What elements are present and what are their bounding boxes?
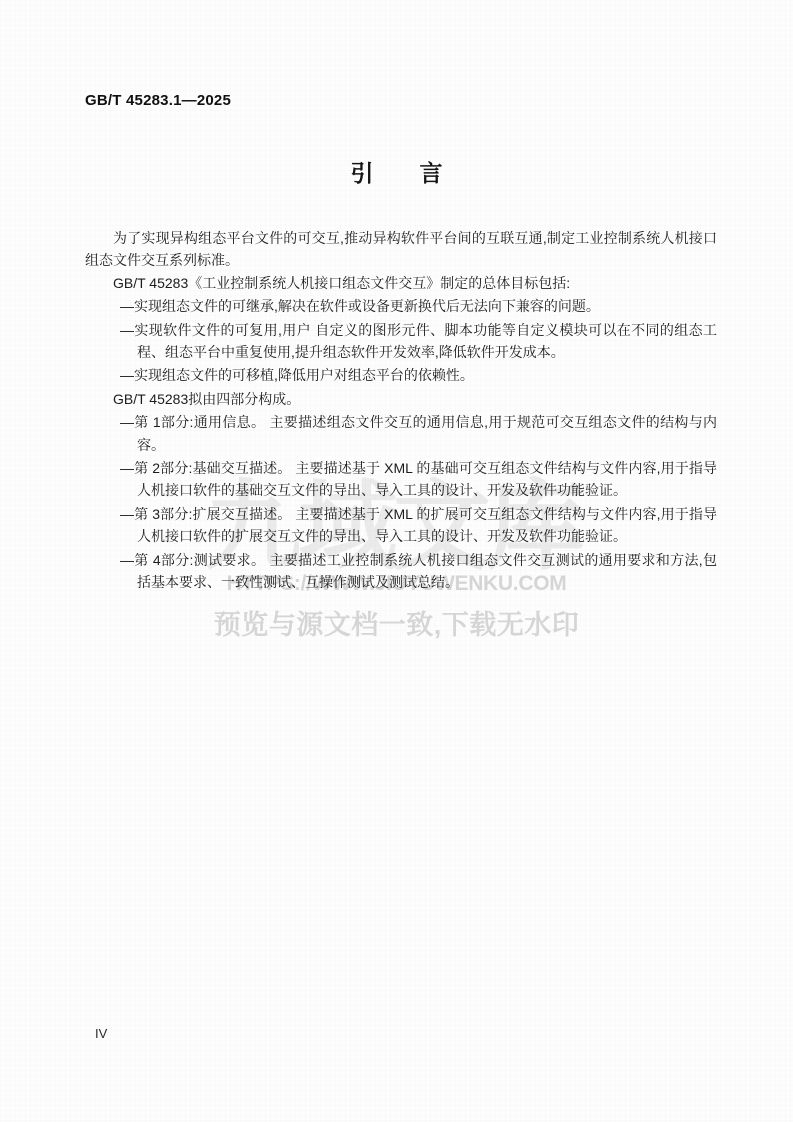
paragraph-goals-lead: GB/T 45283《工业控制系统人机接口组态文件交互》制定的总体目标包括: — [85, 272, 717, 294]
document-body: 为了实现异构组态平台文件的可交互,推动异构软件平台间的互联互通,制定工业控制系统… — [85, 227, 717, 595]
list-item-part-4: —第 4部分:测试要求。 主要描述工业控制系统人机接口组态文件交互测试的通用要求… — [85, 549, 717, 594]
page-number: IV — [95, 1026, 107, 1041]
paragraph-parts-lead: GB/T 45283拟由四部分构成。 — [85, 388, 717, 410]
list-item-part-1: —第 1部分:通用信息。 主要描述组态文件交互的通用信息,用于规范可交互组态文件… — [85, 411, 717, 456]
list-item-part-2: —第 2部分:基础交互描述。 主要描述基于 XML 的基础可交互组态文件结构与文… — [85, 457, 717, 502]
paragraph-intro: 为了实现异构组态平台文件的可交互,推动异构软件平台间的互联互通,制定工业控制系统… — [85, 227, 717, 272]
standard-number: GB/T 45283.1—2025 — [85, 92, 231, 109]
document-page: 九域文库 HTTPS://WWW.JIUYUWENKU.COM 预览与源文档一致… — [0, 0, 793, 1122]
list-item-goal-1: —实现组态文件的可继承,解决在软件或设备更新换代后无法向下兼容的问题。 — [85, 295, 717, 317]
page-title: 引 言 — [0, 155, 793, 188]
list-item-part-3: —第 3部分:扩展交互描述。 主要描述基于 XML 的扩展可交互组态文件结构与文… — [85, 503, 717, 548]
watermark-slogan-text: 预览与源文档一致,下载无水印 — [0, 603, 793, 642]
list-item-goal-3: —实现组态文件的可移植,降低用户对组态平台的依赖性。 — [85, 364, 717, 386]
list-item-goal-2: —实现软件文件的可复用,用户 自定义的图形元件、脚本功能等自定义模块可以在不同的… — [85, 319, 717, 364]
